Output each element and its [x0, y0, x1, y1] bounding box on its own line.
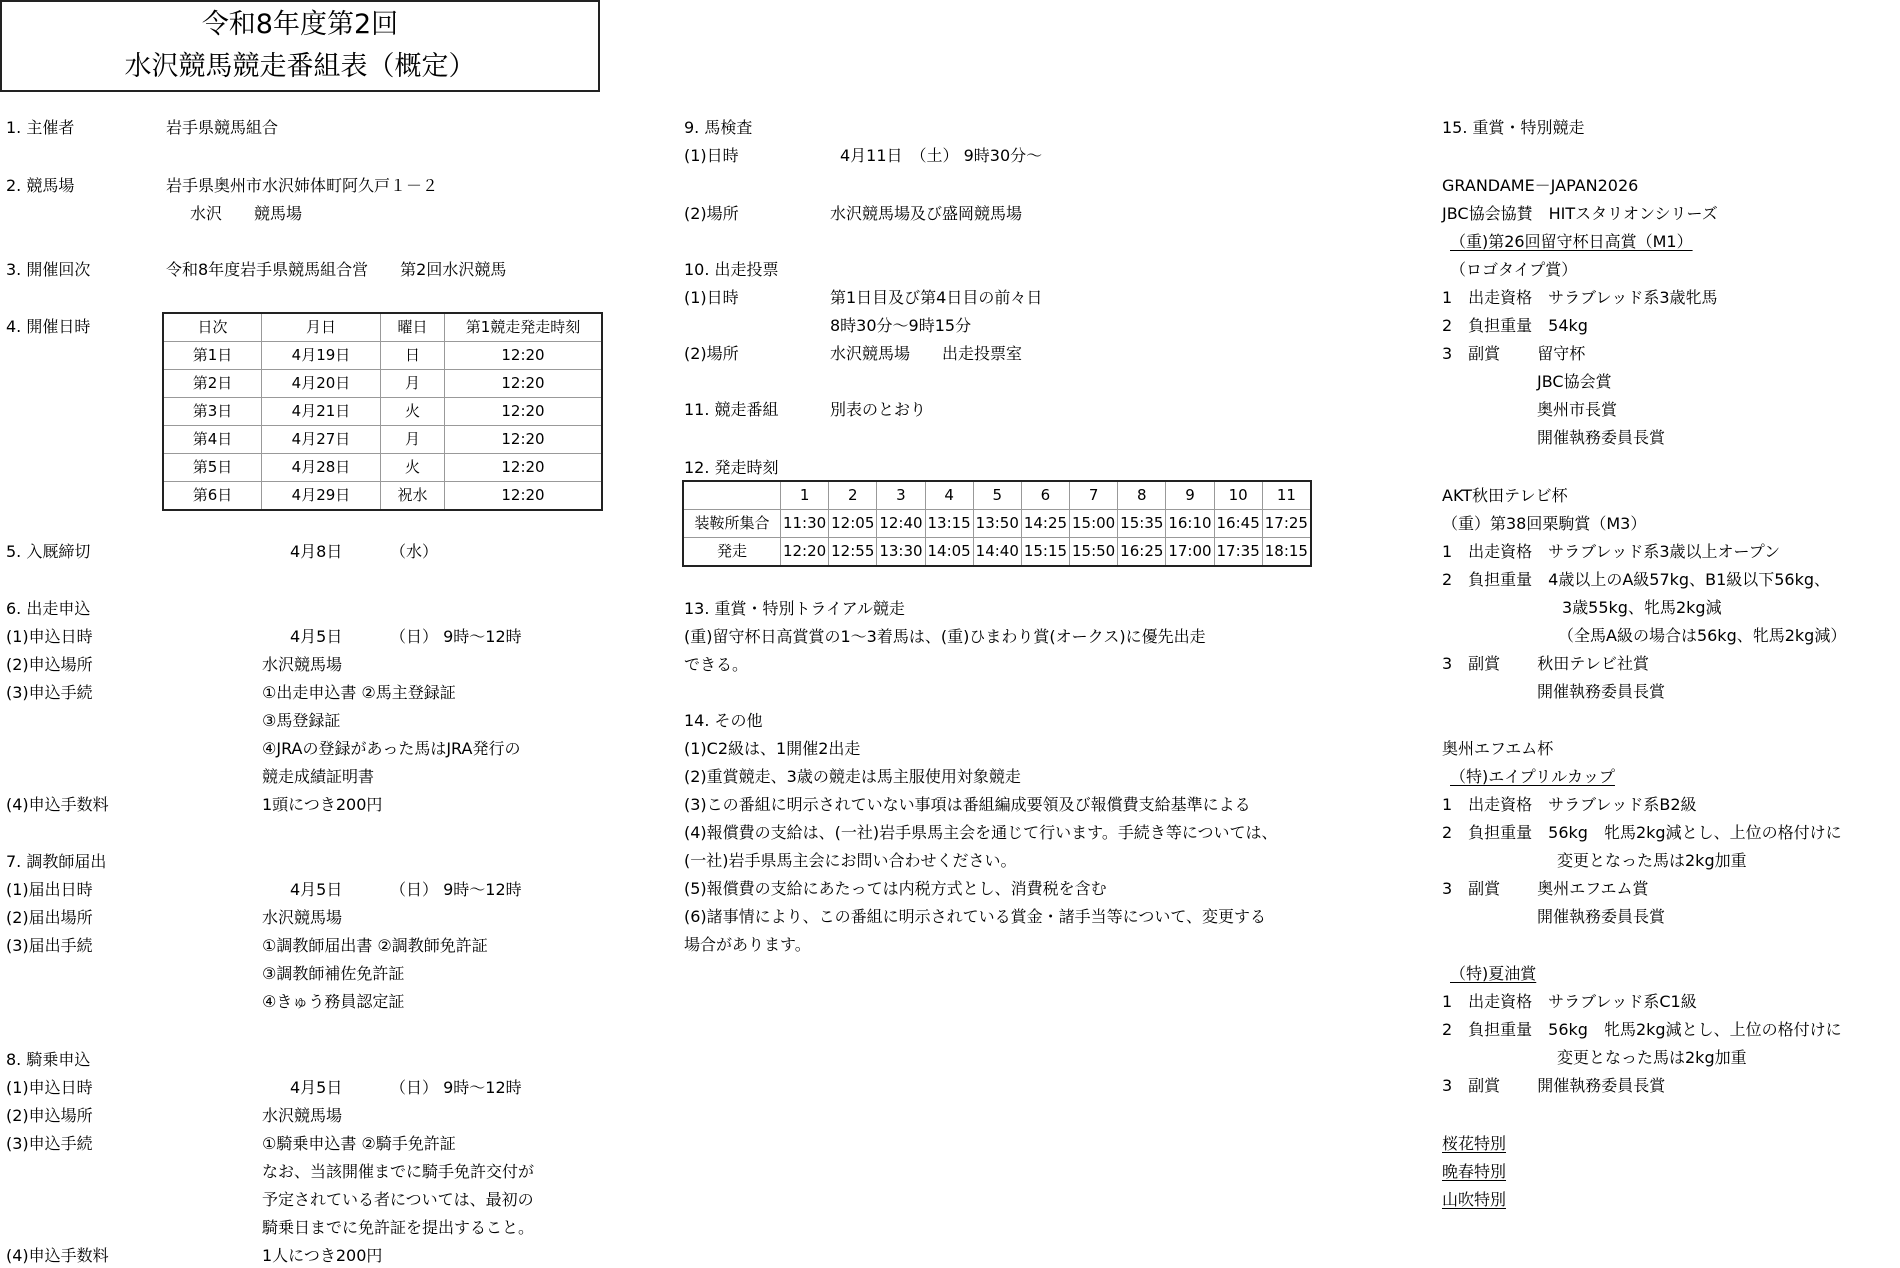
- s7-r1-date: 4月5日: [290, 876, 342, 904]
- race-prize: 開催執務委員長賞: [1537, 424, 1665, 452]
- corner-cell: [683, 481, 781, 510]
- header-cell: 第1競走発走時刻: [445, 313, 603, 342]
- race-condition: 1 出走資格 サラブレッド系3歳牝馬: [1442, 284, 1718, 312]
- section-1-value: 岩手県競馬組合: [166, 114, 278, 142]
- meeting-dates-table: 日次 月日 曜日 第1競走発走時刻 第1日4月19日日12:20 第2日4月20…: [162, 312, 603, 511]
- cell-start-time: 12:20: [445, 370, 603, 398]
- cell-start-time: 12:20: [445, 426, 603, 454]
- s14-line: (4)報償費の支給は、(一社)岩手県馬主会を通じて行います。手続き等については、: [684, 819, 1278, 847]
- cell-weekday: 火: [381, 454, 445, 482]
- race-condition: 変更となった馬は2kg加重: [1557, 847, 1747, 875]
- time-cell: 15:00: [1070, 510, 1118, 538]
- race-condition: 2 負担重量 56kg 牝馬2kg減とし、上位の格付けに: [1442, 819, 1842, 847]
- race-number: 4: [925, 481, 973, 510]
- s10-r1-v1: 第1日目及び第4日目の前々日: [830, 284, 1042, 312]
- s6-r4-value: 1頭につき200円: [262, 791, 382, 819]
- s6-r2-value: 水沢競馬場: [262, 651, 342, 679]
- s7-r1-label: (1)届出日時: [6, 876, 93, 904]
- s6-r1-label: (1)申込日時: [6, 623, 93, 651]
- time-cell: 13:15: [925, 510, 973, 538]
- s7-r2-label: (2)届出場所: [6, 904, 93, 932]
- time-cell: 17:00: [1166, 538, 1214, 567]
- s6-r3-v3: ④JRAの登録があった馬はJRA発行の: [262, 735, 520, 763]
- s8-r1-label: (1)申込日時: [6, 1074, 93, 1102]
- s8-r3-v3: 予定されている者については、最初の: [262, 1186, 534, 1214]
- s10-r2-label: (2)場所: [684, 340, 739, 368]
- s8-r4-value: 1人につき200円: [262, 1242, 382, 1268]
- header-cell: 日次: [163, 313, 262, 342]
- race-condition: 3 副賞 開催執務委員長賞: [1442, 1072, 1665, 1100]
- s8-r4-label: (4)申込手数料: [6, 1242, 109, 1268]
- table-row: 第1日4月19日日12:20: [163, 342, 602, 370]
- s6-r2-label: (2)申込場所: [6, 651, 93, 679]
- section-6-label: 6. 出走申込: [6, 595, 90, 623]
- race-number: 1: [781, 481, 829, 510]
- race-condition: 2 負担重量 54kg: [1442, 312, 1588, 340]
- section-7-label: 7. 調教師届出: [6, 848, 106, 876]
- race-prize: 開催執務委員長賞: [1537, 903, 1665, 931]
- saddling-row: 装鞍所集合 11:30 12:05 12:40 13:15 13:50 14:2…: [683, 510, 1311, 538]
- cell-date: 4月21日: [262, 398, 381, 426]
- race-prize: 開催執務委員長賞: [1537, 678, 1665, 706]
- cell-day: 第3日: [163, 398, 262, 426]
- s6-r3-v1: ①出走申込書 ②馬主登録証: [262, 679, 456, 707]
- section-5-weekday: （水）: [390, 538, 438, 566]
- time-cell: 14:05: [925, 538, 973, 567]
- cell-date: 4月28日: [262, 454, 381, 482]
- header-cell: 曜日: [381, 313, 445, 342]
- time-cell: 13:30: [877, 538, 925, 567]
- cell-start-time: 12:20: [445, 342, 603, 370]
- section-15-label: 15. 重賞・特別競走: [1442, 114, 1585, 142]
- table-row: 第4日4月27日月12:20: [163, 426, 602, 454]
- section-2-venue: 水沢 競馬場: [190, 200, 302, 228]
- race-condition: 3 副賞 奥州エフエム賞: [1442, 875, 1648, 903]
- time-cell: 16:25: [1118, 538, 1166, 567]
- race-condition: 3 副賞 留守杯: [1442, 340, 1585, 368]
- cell-day: 第6日: [163, 482, 262, 511]
- s9-r1-label: (1)日時: [684, 142, 739, 170]
- time-cell: 14:40: [973, 538, 1021, 567]
- cell-day: 第5日: [163, 454, 262, 482]
- race-number: 2: [829, 481, 877, 510]
- s6-r3-v4: 競走成績証明書: [262, 763, 374, 791]
- section-14-label: 14. その他: [684, 707, 763, 735]
- race-number: 7: [1070, 481, 1118, 510]
- s9-r2-value: 水沢競馬場及び盛岡競馬場: [830, 200, 1022, 228]
- race-condition: 3歳55kg、牝馬2kg減: [1562, 594, 1722, 622]
- cell-day: 第4日: [163, 426, 262, 454]
- race-condition: 1 出走資格 サラブレッド系B2級: [1442, 791, 1697, 819]
- race-name-banshun: 晩春特別: [1442, 1158, 1506, 1186]
- s13-line-2: できる。: [684, 651, 748, 679]
- section-5-date: 4月8日: [290, 538, 342, 566]
- race-condition: 2 負担重量 4歳以上のA級57kg、B1級以下56kg、: [1442, 566, 1830, 594]
- s14-line: (一社)岩手県馬主会にお問い合わせください。: [684, 847, 1017, 875]
- s6-r3-v2: ③馬登録証: [262, 707, 340, 735]
- s8-r1-time: （日） 9時～12時: [390, 1074, 522, 1102]
- race-number: 11: [1262, 481, 1311, 510]
- s7-r1-time: （日） 9時～12時: [390, 876, 522, 904]
- cell-date: 4月29日: [262, 482, 381, 511]
- time-cell: 13:50: [973, 510, 1021, 538]
- section-13-label: 13. 重賞・特別トライアル競走: [684, 595, 905, 623]
- race-subtitle: （ロゴタイプ賞）: [1450, 256, 1577, 284]
- table-row: 第3日4月21日火12:20: [163, 398, 602, 426]
- section-2-address: 岩手県奥州市水沢姉体町阿久戸１－２: [166, 172, 438, 200]
- time-cell: 18:15: [1262, 538, 1311, 567]
- race-number-row: 1 2 3 4 5 6 7 8 9 10 11: [683, 481, 1311, 510]
- time-cell: 12:05: [829, 510, 877, 538]
- cell-weekday: 月: [381, 370, 445, 398]
- cell-date: 4月27日: [262, 426, 381, 454]
- race-name-rusu-hai: （重)第26回留守杯日高賞（M1）: [1450, 228, 1693, 256]
- post-time-row: 発走 12:20 12:55 13:30 14:05 14:40 15:15 1…: [683, 538, 1311, 567]
- race-sponsor: JBC協会協賛 HITスタリオンシリーズ: [1442, 200, 1718, 228]
- header-cell: 月日: [262, 313, 381, 342]
- s7-r3-v1: ①調教師届出書 ②調教師免許証: [262, 932, 488, 960]
- race-condition: 1 出走資格 サラブレッド系3歳以上オープン: [1442, 538, 1780, 566]
- section-4-label: 4. 開催日時: [6, 313, 90, 341]
- cell-weekday: 月: [381, 426, 445, 454]
- race-series-title: GRANDAME－JAPAN2026: [1442, 172, 1638, 200]
- race-name-kurikoma: （重）第38回栗駒賞（M3）: [1442, 510, 1646, 538]
- time-cell: 15:15: [1021, 538, 1069, 567]
- title-line-2: 水沢競馬競走番組表（概定）: [2, 46, 598, 88]
- cell-day: 第1日: [163, 342, 262, 370]
- s7-r3-label: (3)届出手続: [6, 932, 93, 960]
- title-line-1: 令和8年度第2回: [2, 4, 598, 46]
- s14-line: (6)諸事情により、この番組に明示されている賞金・諸手当等について、変更する: [684, 903, 1266, 931]
- race-number: 9: [1166, 481, 1214, 510]
- race-condition: （全馬A級の場合は56kg、牝馬2kg減）: [1558, 622, 1846, 650]
- s9-r2-label: (2)場所: [684, 200, 739, 228]
- race-condition: 3 副賞 秋田テレビ社賞: [1442, 650, 1649, 678]
- s8-r3-label: (3)申込手続: [6, 1130, 93, 1158]
- section-10-label: 10. 出走投票: [684, 256, 779, 284]
- section-11-label: 11. 競走番組: [684, 396, 779, 424]
- time-cell: 15:50: [1070, 538, 1118, 567]
- race-prize: JBC協会賞: [1537, 368, 1612, 396]
- section-1-label: 1. 主催者: [6, 114, 74, 142]
- row-label: 装鞍所集合: [683, 510, 781, 538]
- table-row: 第6日4月29日祝水12:20: [163, 482, 602, 511]
- row-label: 発走: [683, 538, 781, 567]
- section-2-label: 2. 競馬場: [6, 172, 74, 200]
- section-3-label: 3. 開催回次: [6, 256, 90, 284]
- section-5-label: 5. 入厩締切: [6, 538, 90, 566]
- cell-day: 第2日: [163, 370, 262, 398]
- s7-r2-value: 水沢競馬場: [262, 904, 342, 932]
- s14-line: (3)この番組に明示されていない事項は番組編成要領及び報償費支給基準による: [684, 791, 1251, 819]
- section-11-value: 別表のとおり: [830, 396, 926, 424]
- s10-r2-value: 水沢競馬場 出走投票室: [830, 340, 1022, 368]
- s14-line: (5)報償費の支給にあたっては内税方式とし、消費税を含む: [684, 875, 1107, 903]
- time-cell: 17:25: [1262, 510, 1311, 538]
- time-cell: 15:35: [1118, 510, 1166, 538]
- s8-r2-label: (2)申込場所: [6, 1102, 93, 1130]
- table-row: 第2日4月20日月12:20: [163, 370, 602, 398]
- s7-r3-v3: ④きゅう務員認定証: [262, 988, 404, 1016]
- race-name-yamabuki: 山吹特別: [1442, 1186, 1506, 1214]
- time-cell: 11:30: [781, 510, 829, 538]
- race-name-getou: （特)夏油賞: [1450, 960, 1536, 988]
- section-12-label: 12. 発走時刻: [684, 454, 779, 482]
- s8-r3-v4: 騎乗日までに免許証を提出すること。: [262, 1214, 534, 1242]
- section-3-value: 令和8年度岩手県競馬組合営 第2回水沢競馬: [166, 256, 506, 284]
- race-prize: 奥州市長賞: [1537, 396, 1617, 424]
- race-number: 8: [1118, 481, 1166, 510]
- cell-start-time: 12:20: [445, 398, 603, 426]
- s9-r1-value: 4月11日 （土） 9時30分～: [840, 142, 1042, 170]
- time-cell: 16:10: [1166, 510, 1214, 538]
- s14-line: (1)C2級は、1開催2出走: [684, 735, 860, 763]
- s6-r1-time: （日） 9時～12時: [390, 623, 522, 651]
- time-cell: 16:45: [1214, 510, 1262, 538]
- table-header-row: 日次 月日 曜日 第1競走発走時刻: [163, 313, 602, 342]
- s8-r3-v1: ①騎乗申込書 ②騎手免許証: [262, 1130, 456, 1158]
- s8-r2-value: 水沢競馬場: [262, 1102, 342, 1130]
- cell-date: 4月19日: [262, 342, 381, 370]
- time-cell: 14:25: [1021, 510, 1069, 538]
- race-number: 5: [973, 481, 1021, 510]
- section-8-label: 8. 騎乗申込: [6, 1046, 90, 1074]
- s14-line: (2)重賞競走、3歳の競走は馬主服使用対象競走: [684, 763, 1021, 791]
- time-cell: 17:35: [1214, 538, 1262, 567]
- section-9-label: 9. 馬検査: [684, 114, 752, 142]
- time-cell: 12:40: [877, 510, 925, 538]
- s8-r1-date: 4月5日: [290, 1074, 342, 1102]
- race-condition: 2 負担重量 56kg 牝馬2kg減とし、上位の格付けに: [1442, 1016, 1842, 1044]
- post-time-table: 1 2 3 4 5 6 7 8 9 10 11 装鞍所集合 11:30 12:0…: [682, 480, 1312, 567]
- s6-r3-label: (3)申込手続: [6, 679, 93, 707]
- time-cell: 12:20: [781, 538, 829, 567]
- race-number: 10: [1214, 481, 1262, 510]
- s6-r1-date: 4月5日: [290, 623, 342, 651]
- s13-line-1: (重)留守杯日高賞賞の1～3着馬は、(重)ひまわり賞(オークス)に優先出走: [684, 623, 1206, 651]
- s6-r4-label: (4)申込手数料: [6, 791, 109, 819]
- time-cell: 12:55: [829, 538, 877, 567]
- cell-weekday: 日: [381, 342, 445, 370]
- s7-r3-v2: ③調教師補佐免許証: [262, 960, 404, 988]
- cell-date: 4月20日: [262, 370, 381, 398]
- cell-weekday: 祝水: [381, 482, 445, 511]
- race-condition: 変更となった馬は2kg加重: [1557, 1044, 1747, 1072]
- race-name-april-cup: （特)エイプリルカップ: [1450, 763, 1615, 791]
- race-number: 6: [1021, 481, 1069, 510]
- s8-r3-v2: なお、当該開催までに騎手免許交付が: [262, 1158, 534, 1186]
- document-title-box: 令和8年度第2回 水沢競馬競走番組表（概定）: [0, 0, 600, 92]
- race-sponsor: AKT秋田テレビ杯: [1442, 482, 1568, 510]
- s10-r1-v2: 8時30分～9時15分: [830, 312, 971, 340]
- race-number: 3: [877, 481, 925, 510]
- race-condition: 1 出走資格 サラブレッド系C1級: [1442, 988, 1697, 1016]
- cell-start-time: 12:20: [445, 482, 603, 511]
- cell-weekday: 火: [381, 398, 445, 426]
- s10-r1-label: (1)日時: [684, 284, 739, 312]
- race-name-ouka: 桜花特別: [1442, 1130, 1506, 1158]
- table-row: 第5日4月28日火12:20: [163, 454, 602, 482]
- cell-start-time: 12:20: [445, 454, 603, 482]
- s14-line: 場合があります。: [684, 931, 811, 959]
- race-sponsor: 奥州エフエム杯: [1442, 735, 1553, 763]
